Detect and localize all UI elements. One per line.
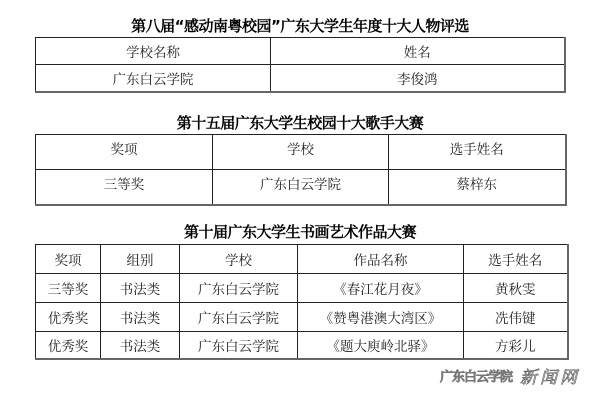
cell-category: 书法类: [101, 274, 180, 303]
header-cell: 奖项: [36, 245, 101, 274]
table-row: 优秀奖 书法类 广东白云学院 《题大庾岭北驿》 方彩儿: [36, 332, 568, 359]
table-row: 广东白云学院 李俊鸿: [36, 65, 565, 92]
header-cell: 学校名称: [36, 38, 271, 65]
cell-name: 冼伟键: [464, 303, 568, 332]
cell-category: 书法类: [101, 332, 180, 359]
section-3-table: 奖项 组别 学校 作品名称 选手姓名 三等奖 书法类 广东白云学院 《春江花月夜…: [35, 244, 569, 360]
header-cell: 选手姓名: [389, 135, 566, 170]
section-1-table: 学校名称 姓名 广东白云学院 李俊鸿: [35, 37, 566, 93]
table-row: 三等奖 书法类 广东白云学院 《春江花月夜》 黄秋雯: [36, 274, 568, 303]
header-cell: 学校: [213, 135, 389, 170]
cell-school: 广东白云学院: [213, 170, 389, 205]
cell-name: 方彩儿: [464, 332, 568, 359]
cell-award: 优秀奖: [36, 332, 101, 359]
cell-award: 三等奖: [36, 274, 101, 303]
header-cell: 姓名: [271, 38, 565, 65]
cell-name: 黄秋雯: [464, 274, 568, 303]
section-2-table: 奖项 学校 选手姓名 三等奖 广东白云学院 蔡梓东: [35, 134, 567, 206]
table-header-row: 学校名称 姓名: [36, 38, 565, 65]
header-cell: 作品名称: [298, 245, 464, 274]
section-2-title: 第十五届广东大学生校园十大歌手大赛: [0, 114, 600, 132]
table-header-row: 奖项 学校 选手姓名: [36, 135, 566, 170]
watermark-school: 广东白云学院: [440, 366, 512, 385]
cell-school: 广东白云学院: [180, 303, 298, 332]
cell-school: 广东白云学院: [36, 65, 271, 92]
cell-name: 蔡梓东: [389, 170, 566, 205]
table-row: 三等奖 广东白云学院 蔡梓东: [36, 170, 566, 205]
header-cell: 奖项: [36, 135, 213, 170]
header-cell: 学校: [180, 245, 298, 274]
cell-school: 广东白云学院: [180, 274, 298, 303]
cell-award: 三等奖: [36, 170, 213, 205]
cell-school: 广东白云学院: [180, 332, 298, 359]
cell-award: 优秀奖: [36, 303, 101, 332]
watermark: 广东白云学院 新闻网: [440, 365, 580, 385]
table-header-row: 奖项 组别 学校 作品名称 选手姓名: [36, 245, 568, 274]
section-3-title: 第十届广东大学生书画艺术作品大赛: [0, 223, 600, 241]
watermark-site: 新闻网: [520, 363, 580, 388]
cell-work: 《赞粤港澳大湾区》: [298, 303, 464, 332]
table-row: 优秀奖 书法类 广东白云学院 《赞粤港澳大湾区》 冼伟键: [36, 303, 568, 332]
section-1-title: 第八届“感动南粤校园”广东大学生年度十大人物评选: [0, 17, 600, 35]
header-cell: 选手姓名: [464, 245, 568, 274]
cell-work: 《题大庾岭北驿》: [298, 332, 464, 359]
header-cell: 组别: [101, 245, 180, 274]
cell-name: 李俊鸿: [271, 65, 565, 92]
cell-category: 书法类: [101, 303, 180, 332]
cell-work: 《春江花月夜》: [298, 274, 464, 303]
